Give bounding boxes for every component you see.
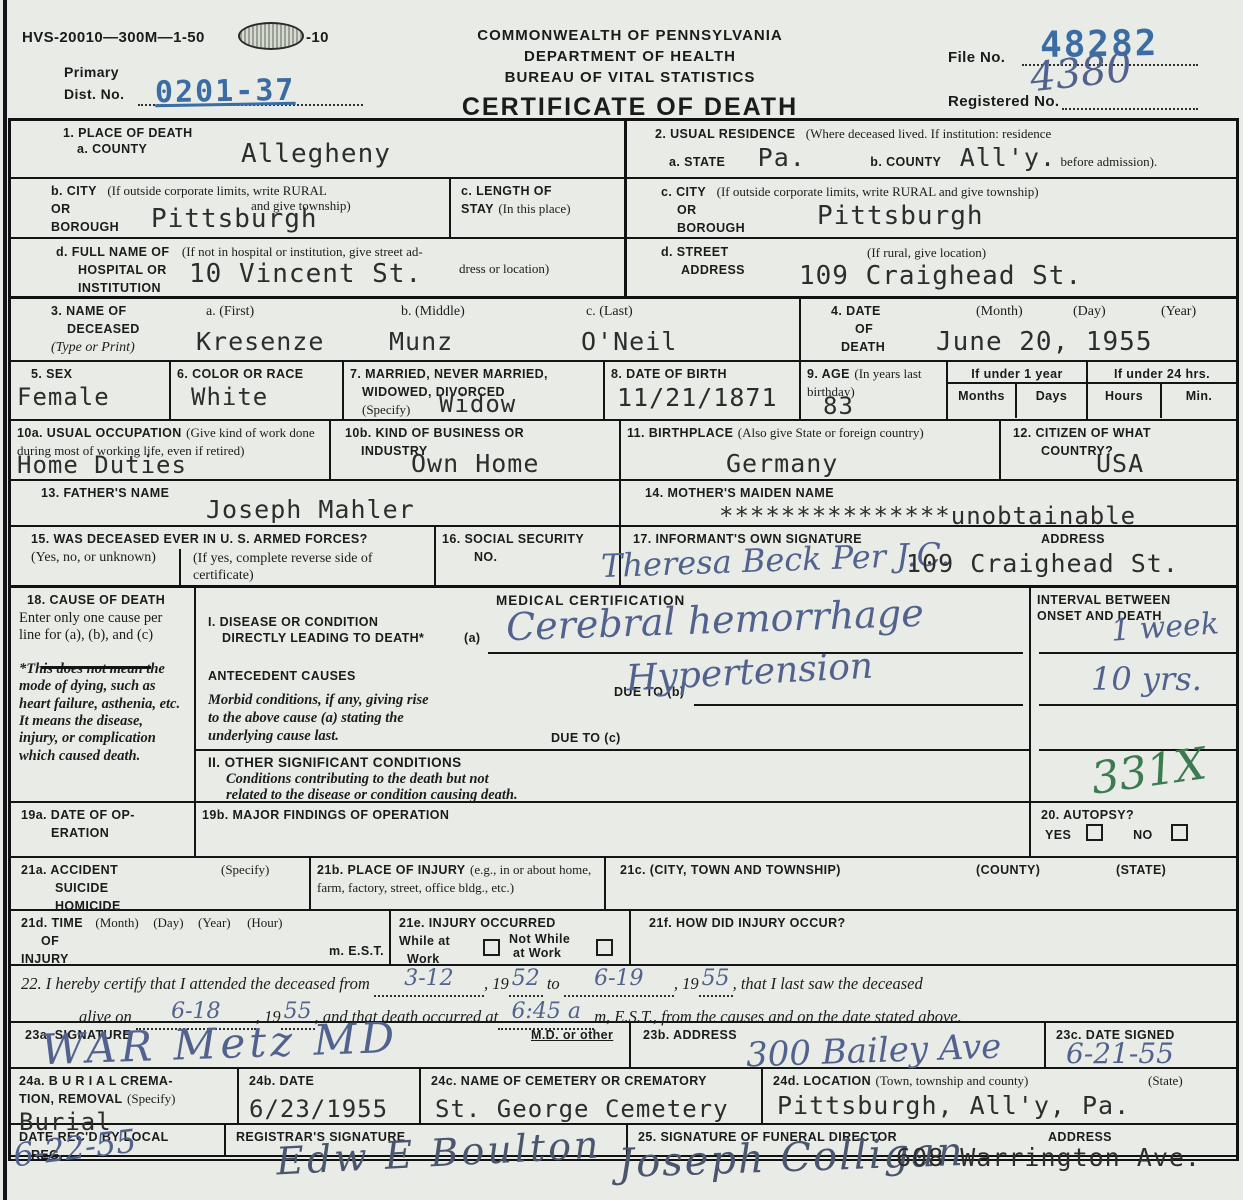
- date-signed-handwriting: 6-21-55: [1066, 1037, 1174, 1070]
- field-2a-label: a. STATE: [669, 155, 725, 169]
- field-1a-county: 1. PLACE OF DEATH a. COUNTY Allegheny: [11, 121, 624, 179]
- field-15-hint1: (Yes, no, or unknown): [31, 550, 156, 565]
- interval-a-handwriting: 1 week: [1110, 606, 1220, 648]
- section-2-title: 2. USUAL RESIDENCE: [655, 127, 795, 141]
- part2-divider: [196, 749, 1031, 751]
- field-9-under24: If under 24 hrs. Hours Min.: [1088, 362, 1236, 419]
- field-9-under1-label: If under 1 year: [948, 362, 1086, 382]
- interval-line-a: [1039, 652, 1239, 654]
- field-21d-day: (Day): [153, 915, 183, 930]
- certify-line-1: 22. I hereby certify that I attended the…: [21, 970, 1226, 997]
- field-1d-label3: INSTITUTION: [78, 281, 161, 295]
- state-seal-icon: [238, 22, 304, 50]
- field-4-month-label: (Month): [976, 304, 1023, 321]
- field-21d-hour: (Hour): [247, 915, 282, 930]
- field-21f-label: 21f. HOW DID INJURY OCCUR?: [649, 916, 846, 930]
- dist-no-stamp: 0201-37: [155, 73, 296, 110]
- field-1a-value: Allegheny: [241, 139, 391, 169]
- field-24a-label2: TION, REMOVAL: [19, 1092, 123, 1106]
- field-13-value: Joseph Mahler: [206, 495, 415, 524]
- primary-label: Primary: [64, 64, 119, 82]
- row-name-dod: 3. NAME OF DECEASED (Type or Print) a. (…: [11, 299, 1236, 362]
- field-4-year-label: (Year): [1161, 304, 1196, 321]
- field-registrar-signature: REGISTRAR'S SIGNATURE Edw E Boulton: [226, 1125, 628, 1155]
- field-23b-label: 23b. ADDRESS: [643, 1028, 737, 1042]
- field-19a-label1: 19a. DATE OF OP-: [21, 808, 135, 822]
- certify-text-1: 22. I hereby certify that I attended the…: [21, 974, 370, 993]
- field-12-citizen: 12. CITIZEN OF WHAT COUNTRY? USA: [1001, 421, 1236, 479]
- field-13-label: 13. FATHER'S NAME: [41, 486, 169, 500]
- field-24c-value: St. George Cemetery: [435, 1095, 729, 1123]
- field-21c-city: 21c. (CITY, TOWN AND TOWNSHIP): [620, 863, 841, 877]
- row-registrar: DATE REC'D BY LOCAL REG. 6-22-55 REGISTR…: [11, 1125, 1236, 1161]
- field-2d-value: 109 Craighead St.: [799, 261, 1082, 291]
- field-15-hint2: (If yes, complete reverse side of certif…: [193, 551, 423, 585]
- certify-time-handwriting: 6:45 a: [511, 999, 581, 1024]
- field-16-label2: NO.: [474, 550, 497, 564]
- field-7-label1: 7. MARRIED, NEVER MARRIED,: [350, 367, 548, 381]
- field-21e-label: 21e. INJURY OCCURRED: [399, 916, 556, 930]
- row-forces-ssn-informant: 15. WAS DECEASED EVER IN U. S. ARMED FOR…: [11, 527, 1236, 588]
- field-17-address-label: ADDRESS: [1041, 531, 1105, 547]
- certify-from-handwriting: 3-12: [404, 966, 453, 991]
- certify-blank-ty: 55: [699, 970, 733, 997]
- field-16-label1: 16. SOCIAL SECURITY: [442, 532, 584, 546]
- field-24c-cemetery: 24c. NAME OF CEMETERY OR CREMATORY St. G…: [421, 1069, 763, 1123]
- field-1d-value: 10 Vincent St.: [189, 259, 422, 289]
- field-19a-label2: ERATION: [51, 826, 109, 840]
- field-1d-label2: HOSPITAL OR: [78, 263, 167, 277]
- form-code: HVS-20010—300M—1-50: [22, 28, 205, 47]
- field-2d-street: d. STREET (If rural, give location) ADDR…: [627, 239, 1236, 293]
- section-3-title2: DECEASED: [67, 322, 140, 336]
- field-7-marital: 7. MARRIED, NEVER MARRIED, WIDOWED, DIVO…: [344, 362, 605, 419]
- field-21d-label2: OF: [41, 934, 59, 948]
- field-2d-hint: (If rural, give location): [867, 245, 986, 261]
- field-19b-label: 19b. MAJOR FINDINGS OF OPERATION: [202, 808, 449, 822]
- field-2ab: 2. USUAL RESIDENCE (Where deceased lived…: [627, 121, 1236, 179]
- field-21d-est: m. E.S.T.: [329, 943, 384, 959]
- commonwealth-line: COMMONWEALTH OF PENNSYLVANIA: [370, 26, 890, 45]
- death-certificate-scan: HVS-20010—300M—1-50 -10 Primary Dist. No…: [0, 0, 1243, 1200]
- field-24d-hint: (Town, township and county): [875, 1073, 1028, 1088]
- field-1b-label: b. CITY: [51, 184, 97, 198]
- row-physician: 23a. SIGNATURE M.D. or other WAR Metz MD…: [11, 1023, 1236, 1069]
- field-24a-label1: 24a. B U R I A L CREMA-: [19, 1074, 173, 1088]
- part2-title: II. OTHER SIGNIFICANT CONDITIONS: [208, 754, 462, 771]
- scan-edge-line: [3, 0, 7, 1200]
- field-8-dob: 8. DATE OF BIRTH 11/21/1871: [605, 362, 801, 419]
- section-1-place-of-death: 1. PLACE OF DEATH a. COUNTY Allegheny b.…: [11, 121, 627, 296]
- section-4-date-of-death: 4. DATE OF DEATH (Month) (Day) (Year) Ju…: [801, 299, 1236, 360]
- field-24d-value: Pittsburgh, All'y, Pa.: [777, 1091, 1130, 1120]
- field-6-label: 6. COLOR OR RACE: [177, 367, 304, 381]
- field-21d-time-of-injury: 21d. TIME (Month) (Day) (Year) (Hour) OF…: [11, 911, 391, 964]
- field-21a-label2: SUICIDE: [55, 881, 109, 895]
- field-15-label: 15. WAS DECEASED EVER IN U. S. ARMED FOR…: [31, 532, 368, 546]
- certify-text-5: , that I last saw the deceased: [733, 974, 923, 993]
- field-3c-value: O'Neil: [581, 327, 677, 356]
- field-20-yes-label: YES: [1045, 828, 1071, 842]
- autopsy-no-checkbox: [1171, 824, 1188, 841]
- field-1d-label1: d. FULL NAME OF: [56, 245, 169, 259]
- morbid-note1: Morbid conditions, if any, giving rise: [208, 692, 429, 709]
- field-21d-year: (Year): [198, 915, 231, 930]
- field-17-address-value: 109 Craighead St.: [906, 549, 1179, 578]
- field-21a-accident: 21a. ACCIDENT (Specify) SUICIDE HOMICIDE: [11, 858, 311, 909]
- field-24a-burial: 24a. B U R I A L CREMA- TION, REMOVAL (S…: [11, 1069, 239, 1123]
- certify-blank-from: 3-12: [374, 970, 484, 997]
- field-9-under24-label: If under 24 hrs.: [1088, 362, 1236, 382]
- field-21c-county: (COUNTY): [976, 862, 1040, 878]
- certify-fy-handwriting: 52: [512, 966, 540, 991]
- section-2-hint1: (Where deceased lived. If institution: r…: [806, 126, 1051, 141]
- field-1b-or: OR: [51, 202, 71, 216]
- row-accident: 21a. ACCIDENT (Specify) SUICIDE HOMICIDE…: [11, 858, 1236, 911]
- field-6-race: 6. COLOR OR RACE White: [171, 362, 344, 419]
- field-18c-tag: DUE TO (c): [551, 730, 621, 746]
- field-21a-specify: (Specify): [221, 862, 269, 878]
- field-7-label3: (Specify): [362, 402, 410, 417]
- field-21e-while2: Work: [407, 952, 440, 966]
- section-4-title1: 4. DATE: [831, 304, 881, 318]
- field-23a-signature: 23a. SIGNATURE M.D. or other WAR Metz MD: [11, 1023, 631, 1067]
- section-18-interval-column: INTERVAL BETWEEN ONSET AND DEATH 1 week …: [1031, 588, 1236, 801]
- field-17-informant: 17. INFORMANT'S OWN SIGNATURE ADDRESS Th…: [621, 527, 1236, 585]
- field-1b-borough: BOROUGH: [51, 220, 119, 234]
- field-25-funeral-director: 25. SIGNATURE OF FUNERAL DIRECTOR ADDRES…: [628, 1125, 1236, 1155]
- field-2c-hint: (If outside corporate limits, write RURA…: [717, 184, 1039, 199]
- field-21f-how: 21f. HOW DID INJURY OCCUR?: [631, 911, 1236, 964]
- department-line: DEPARTMENT OF HEALTH: [370, 47, 890, 66]
- field-24d-state-label: (State): [1148, 1073, 1183, 1089]
- field-12-label1: 12. CITIZEN OF WHAT: [1013, 426, 1151, 440]
- field-24c-label: 24c. NAME OF CEMETERY OR CREMATORY: [431, 1074, 707, 1088]
- certificate-header: HVS-20010—300M—1-50 -10 Primary Dist. No…: [0, 0, 1243, 118]
- field-5-value: Female: [17, 383, 110, 411]
- field-25-address-value: 608 Warrington Ave.: [896, 1143, 1201, 1172]
- field-11-label: 11. BIRTHPLACE: [627, 426, 733, 440]
- field-1b-value: Pittsburgh: [151, 204, 318, 234]
- section-18-left-column: 18. CAUSE OF DEATH Enter only one cause …: [11, 588, 196, 801]
- not-while-at-work-checkbox: [596, 939, 613, 956]
- field-9-days: Days: [1017, 384, 1086, 418]
- field-3b-label: b. (Middle): [401, 304, 465, 321]
- certify-ty-handwriting: 55: [702, 966, 730, 991]
- field-24b-date: 24b. DATE 6/23/1955: [239, 1069, 421, 1123]
- field-2a-value: Pa.: [758, 143, 806, 172]
- field-2c-city: c. CITY (If outside corporate limits, wr…: [627, 179, 1236, 239]
- field-9-label: 9. AGE: [807, 367, 850, 381]
- field-21e-injury-occurred: 21e. INJURY OCCURRED While at Not While …: [391, 911, 631, 964]
- field-1c-label2: STAY: [461, 202, 494, 216]
- section-2-usual-residence: 2. USUAL RESIDENCE (Where deceased lived…: [627, 121, 1236, 296]
- field-date-recd: DATE REC'D BY LOCAL REG. 6-22-55: [11, 1125, 226, 1155]
- field-4-value: June 20, 1955: [936, 327, 1153, 357]
- field-21d-label3: INJURY: [21, 952, 69, 966]
- field-10b-industry: 10b. KIND OF BUSINESS OR INDUSTRY Own Ho…: [331, 421, 621, 479]
- section-3-title1: 3. NAME OF: [51, 304, 127, 318]
- field-10b-value: Own Home: [411, 449, 539, 478]
- field-11-birthplace: 11. BIRTHPLACE (Also give State or forei…: [621, 421, 1001, 479]
- field-20-label: 20. AUTOPSY?: [1041, 808, 1134, 822]
- morbid-note2: to the above cause (a) stating the: [208, 710, 404, 727]
- field-1b-city: b. CITY (If outside corporate limits, wr…: [11, 179, 451, 237]
- field-4-day-label: (Day): [1073, 304, 1106, 321]
- field-8-label: 8. DATE OF BIRTH: [611, 367, 727, 381]
- seal-suffix: -10: [306, 28, 329, 47]
- file-no-label: File No.: [948, 48, 1005, 67]
- section-4-title3: DEATH: [841, 340, 885, 354]
- field-14-mother: 14. MOTHER'S MAIDEN NAME ***************…: [621, 481, 1236, 525]
- field-15-armed-forces: 15. WAS DECEASED EVER IN U. S. ARMED FOR…: [11, 527, 436, 585]
- field-2c-label: c. CITY: [661, 185, 706, 199]
- field-9-value: 83: [823, 392, 854, 420]
- field-6-value: White: [191, 383, 268, 411]
- field-11-hint: (Also give State or foreign country): [738, 425, 924, 440]
- field-8-value: 11/21/1871: [617, 383, 778, 412]
- field-3c-label: c. (Last): [586, 304, 633, 321]
- field-5-label: 5. SEX: [31, 367, 72, 381]
- field-14-value: ***************unobtainable: [719, 502, 1136, 530]
- field-21a-label1: 21a. ACCIDENT: [21, 863, 118, 877]
- field-2c-or: OR: [677, 203, 697, 217]
- field-15-divider: [179, 549, 181, 585]
- field-24b-value: 6/23/1955: [249, 1095, 388, 1123]
- field-7-value: Widow: [439, 390, 516, 418]
- interval-line-b: [1039, 704, 1239, 706]
- section-2-hint2: before admission).: [1060, 154, 1157, 169]
- row-place-residence: 1. PLACE OF DEATH a. COUNTY Allegheny b.…: [11, 121, 1236, 299]
- bureau-line: BUREAU OF VITAL STATISTICS: [370, 68, 890, 87]
- certificate-form: 1. PLACE OF DEATH a. COUNTY Allegheny b.…: [8, 118, 1239, 1161]
- section-18-note1: Enter only one cause per line for (a), (…: [19, 610, 186, 645]
- field-21d-month: (Month): [95, 915, 138, 930]
- row-operation-autopsy: 19a. DATE OF OP- ERATION 19b. MAJOR FIND…: [11, 803, 1236, 858]
- section-4-title2: OF: [855, 322, 873, 336]
- field-10a-occupation: 10a. USUAL OCCUPATION (Give kind of work…: [11, 421, 331, 479]
- morbid-note3: underlying cause last.: [208, 728, 339, 745]
- field-10a-label: 10a. USUAL OCCUPATION: [17, 426, 182, 440]
- agency-block: COMMONWEALTH OF PENNSYLVANIA DEPARTMENT …: [370, 26, 890, 123]
- certify-blank-to: 6-19: [564, 970, 674, 997]
- field-9-under1: If under 1 year Months Days: [948, 362, 1088, 419]
- part2-note2: related to the disease or condition caus…: [226, 787, 518, 804]
- field-3a-value: Kresenze: [196, 327, 324, 356]
- field-9-hours: Hours: [1088, 384, 1162, 418]
- field-24d-label: 24d. LOCATION: [773, 1074, 871, 1088]
- field-2d-label1: d. STREET: [661, 245, 729, 259]
- dist-no-label: Dist. No.: [64, 86, 124, 104]
- section-3-title3: (Type or Print): [51, 340, 135, 355]
- field-21d-label1: 21d. TIME: [21, 916, 83, 930]
- field-18b-line: [694, 704, 1023, 706]
- field-24a-specify: (Specify): [127, 1091, 175, 1106]
- field-16-ssn: 16. SOCIAL SECURITY NO.: [436, 527, 621, 585]
- row-parents: 13. FATHER'S NAME Joseph Mahler 14. MOTH…: [11, 481, 1236, 527]
- field-14-label: 14. MOTHER'S MAIDEN NAME: [645, 486, 834, 500]
- section-18-rule: [41, 666, 151, 669]
- certify-blank-fy: 52: [509, 970, 543, 997]
- section-3-name-of-deceased: 3. NAME OF DECEASED (Type or Print) a. (…: [11, 299, 801, 360]
- row-cause-of-death: 18. CAUSE OF DEATH Enter only one cause …: [11, 588, 1236, 803]
- field-19b-findings: 19b. MAJOR FINDINGS OF OPERATION: [196, 803, 1031, 856]
- row-occupation-birthplace: 10a. USUAL OCCUPATION (Give kind of work…: [11, 421, 1236, 481]
- field-18a-tag: (a): [464, 630, 480, 646]
- row-injury-time: 21d. TIME (Month) (Day) (Year) (Hour) OF…: [11, 911, 1236, 966]
- field-2c-borough: BOROUGH: [677, 221, 745, 235]
- field-18a-label1: I. DISEASE OR CONDITION: [208, 614, 378, 630]
- field-21b-place-of-injury: 21b. PLACE OF INJURY (e.g., in or about …: [311, 858, 606, 909]
- field-3a-label: a. (First): [206, 304, 254, 321]
- field-9-age: 9. AGE (In years last birthday) 83: [801, 362, 948, 419]
- field-1d-hospital: d. FULL NAME OF (If not in hospital or i…: [11, 239, 624, 293]
- field-1c-length-of-stay: c. LENGTH OF STAY (In this place): [451, 179, 624, 237]
- certify-text-2: , 19: [484, 974, 509, 993]
- field-24d-location: 24d. LOCATION (Town, township and county…: [763, 1069, 1236, 1123]
- row-burial: 24a. B U R I A L CREMA- TION, REMOVAL (S…: [11, 1069, 1236, 1125]
- field-20-autopsy: 20. AUTOPSY? YES NO: [1031, 803, 1236, 856]
- field-1b-1c: b. CITY (If outside corporate limits, wr…: [11, 179, 624, 239]
- field-21b-label: 21b. PLACE OF INJURY: [317, 863, 466, 877]
- field-1c-hint: (In this place): [498, 201, 570, 216]
- field-1c-label: c. LENGTH OF: [461, 184, 552, 198]
- interval-b-handwriting: 10 yrs.: [1091, 660, 1202, 698]
- section-18-note2: *This does not mean the mode of dying, s…: [19, 661, 186, 765]
- field-13-father: 13. FATHER'S NAME Joseph Mahler: [11, 481, 621, 525]
- section-18-title: 18. CAUSE OF DEATH: [27, 592, 186, 608]
- field-18a-label2: DIRECTLY LEADING TO DEATH*: [222, 630, 424, 646]
- field-9-months: Months: [948, 384, 1017, 418]
- field-2b-value: All'y.: [960, 143, 1056, 172]
- while-at-work-checkbox: [483, 939, 500, 956]
- certify-text-3: to: [547, 974, 560, 993]
- field-20-no-label: NO: [1133, 828, 1153, 842]
- field-24b-label: 24b. DATE: [249, 1074, 314, 1088]
- field-2b-label: b. COUNTY: [870, 155, 941, 169]
- field-21c-location: 21c. (CITY, TOWN AND TOWNSHIP) (COUNTY) …: [606, 858, 1236, 909]
- antecedent-causes-label: ANTECEDENT CAUSES: [208, 668, 356, 684]
- field-9-min: Min.: [1162, 384, 1236, 418]
- field-21e-while1: While at: [399, 934, 450, 948]
- field-11-value: Germany: [726, 449, 838, 478]
- field-10a-value: Home Duties: [17, 451, 187, 479]
- certify-text-4: , 19: [674, 974, 699, 993]
- interval-label1: INTERVAL BETWEEN: [1037, 592, 1230, 608]
- autopsy-yes-checkbox: [1086, 824, 1103, 841]
- field-19a-operation-date: 19a. DATE OF OP- ERATION: [11, 803, 196, 856]
- section-18-medical-certification: MEDICAL CERTIFICATION I. DISEASE OR COND…: [196, 588, 1031, 801]
- field-3b-value: Munz: [389, 327, 453, 356]
- field-21c-state: (STATE): [1116, 862, 1166, 878]
- certify-to-handwriting: 6-19: [594, 966, 643, 991]
- field-12-value: USA: [1096, 449, 1144, 478]
- row-sex-race-birth: 5. SEX Female 6. COLOR OR RACE White 7. …: [11, 362, 1236, 421]
- field-2d-label2: ADDRESS: [681, 263, 745, 277]
- field-5-sex: 5. SEX Female: [11, 362, 171, 419]
- field-23b-address: 23b. ADDRESS 300 Bailey Ave: [631, 1023, 1046, 1067]
- field-2c-value: Pittsburgh: [817, 201, 984, 231]
- field-1b-hint1: (If outside corporate limits, write RURA…: [107, 183, 327, 198]
- field-21e-not2: at Work: [513, 945, 561, 961]
- part2-note1: Conditions contributing to the death but…: [226, 771, 489, 788]
- field-23a-md-label: M.D. or other: [531, 1027, 613, 1043]
- field-1d-hint1: (If not in hospital or institution, give…: [182, 244, 423, 259]
- field-1d-hint2: dress or location): [459, 261, 549, 277]
- field-10b-label1: 10b. KIND OF BUSINESS OR: [345, 426, 524, 440]
- field-23c-date-signed: 23c. DATE SIGNED 6-21-55: [1046, 1023, 1236, 1067]
- field-22-certification: 22. I hereby certify that I attended the…: [11, 966, 1236, 1023]
